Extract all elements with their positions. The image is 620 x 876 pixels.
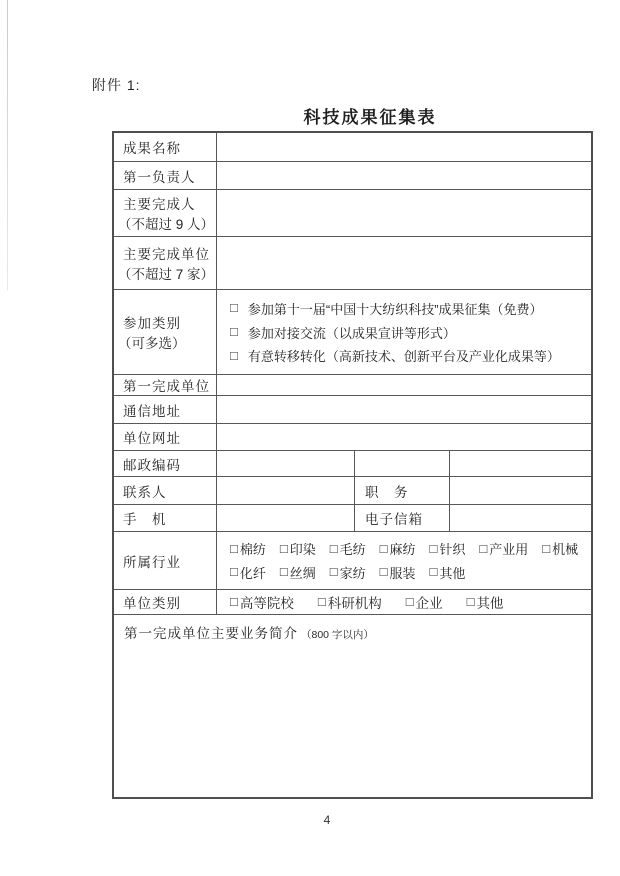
checkbox-icon: □ xyxy=(318,595,326,608)
industry-option: □麻纺 xyxy=(380,539,416,558)
address-label: 通信地址 xyxy=(114,396,217,423)
industry-label-text: 所属行业 xyxy=(123,551,216,571)
industry-option-text: 毛纺 xyxy=(340,539,366,558)
participation-option-text: 参加第十一届“中国十大纺织科技”成果征集（免费） xyxy=(248,299,543,318)
industry-option-text: 棉纺 xyxy=(240,539,266,558)
website-value-cell xyxy=(217,424,591,450)
participation-label-line2: （可多选） xyxy=(118,332,216,352)
industry-option-text: 丝绸 xyxy=(290,563,316,582)
checkbox-icon: □ xyxy=(380,542,388,555)
main-units-value-cell xyxy=(217,237,591,289)
row-business-intro: 第一完成单位主要业务简介（800 字以内） xyxy=(114,615,591,797)
industry-label: 所属行业 xyxy=(114,532,217,589)
checkbox-icon: □ xyxy=(542,542,550,555)
email-label-text: 电子信箱 xyxy=(365,508,423,528)
mobile-label-text: 手 机 xyxy=(123,508,216,528)
first-leader-label: 第一负责人 xyxy=(114,162,217,189)
website-label-text: 单位网址 xyxy=(123,427,216,447)
industry-option: □棉纺 xyxy=(230,539,266,558)
main-completers-label: 主要完成人 （不超过 9 人） xyxy=(114,190,217,236)
mobile-value-cell xyxy=(217,505,355,531)
unit-category-option-text: 高等院校 xyxy=(240,592,294,612)
row-main-units: 主要完成单位 （不超过 7 家） xyxy=(114,237,591,290)
row-postal: 邮政编码 xyxy=(114,451,591,477)
industry-option-text: 家纺 xyxy=(340,563,366,582)
checkbox-icon: □ xyxy=(330,565,338,578)
address-value-cell xyxy=(217,396,591,423)
checkbox-icon: □ xyxy=(230,349,238,362)
main-completers-label-line1: 主要完成人 xyxy=(123,193,216,213)
contact-label: 联系人 xyxy=(114,477,217,504)
participation-label: 参加类别 （可多选） xyxy=(114,290,217,374)
checkbox-icon: □ xyxy=(467,595,475,608)
business-intro-label: 第一完成单位主要业务简介 xyxy=(124,626,298,641)
page-title: 科技成果征集表 xyxy=(250,103,490,128)
business-intro-cell: 第一完成单位主要业务简介（800 字以内） xyxy=(114,615,591,797)
page-number: 4 xyxy=(297,813,357,827)
first-unit-label-text: 第一完成单位 xyxy=(123,375,216,395)
industry-option: □其他 xyxy=(430,563,466,582)
row-contact: 联系人 职 务 xyxy=(114,477,591,505)
row-unit-category: 单位类别 □高等院校 □科研机构 □企业 □其他 xyxy=(114,590,591,615)
industry-option: □毛纺 xyxy=(330,539,366,558)
industry-option: □机械 xyxy=(542,539,578,558)
unit-category-option: □其他 xyxy=(467,592,504,612)
unit-category-option: □企业 xyxy=(406,592,443,612)
main-units-label-line1: 主要完成单位 xyxy=(123,243,216,263)
unit-category-option-text: 科研机构 xyxy=(328,592,382,612)
industry-option: □产业用 xyxy=(479,539,528,558)
first-unit-value-cell xyxy=(217,375,591,395)
participation-option: □ 参加对接交流（以成果宣讲等形式） xyxy=(230,323,587,342)
form-table: 成果名称 第一负责人 主要完成人 （不超过 9 人） 主要完成单位 （不超过 7… xyxy=(112,131,593,799)
row-mobile: 手 机 电子信箱 xyxy=(114,505,591,532)
industry-options-cell: □棉纺 □印染 □毛纺 □麻纺 □针织 □产业用 □机械 □化纤 □丝绸 □家纺… xyxy=(217,532,594,589)
website-label: 单位网址 xyxy=(114,424,217,450)
checkbox-icon: □ xyxy=(230,565,238,578)
checkbox-icon: □ xyxy=(230,595,238,608)
position-value-cell xyxy=(450,477,591,504)
unit-category-label: 单位类别 xyxy=(114,590,217,614)
email-label: 电子信箱 xyxy=(355,505,450,531)
unit-category-option: □科研机构 xyxy=(318,592,382,612)
participation-label-line1: 参加类别 xyxy=(123,312,216,332)
checkbox-icon: □ xyxy=(330,542,338,555)
scan-edge-artifact xyxy=(7,0,8,290)
industry-option-text: 服装 xyxy=(389,563,415,582)
business-intro-note: （800 字以内） xyxy=(301,629,374,641)
address-label-text: 通信地址 xyxy=(123,400,216,420)
industry-option-text: 产业用 xyxy=(489,539,528,558)
position-label: 职 务 xyxy=(355,477,450,504)
checkbox-icon: □ xyxy=(430,542,438,555)
checkbox-icon: □ xyxy=(380,565,388,578)
main-completers-value-cell xyxy=(217,190,591,236)
industry-option-text: 化纤 xyxy=(240,563,266,582)
industry-option: □家纺 xyxy=(330,563,366,582)
unit-category-label-text: 单位类别 xyxy=(123,592,216,612)
row-first-unit: 第一完成单位 xyxy=(114,375,591,396)
postal-label-text: 邮政编码 xyxy=(123,454,216,474)
industry-options-line2: □化纤 □丝绸 □家纺 □服装 □其他 xyxy=(230,563,592,582)
email-value-cell xyxy=(450,505,591,531)
row-result-name: 成果名称 xyxy=(114,133,591,162)
checkbox-icon: □ xyxy=(479,542,487,555)
contact-label-text: 联系人 xyxy=(123,481,216,501)
attachment-label: 附件 1: xyxy=(92,75,141,95)
row-address: 通信地址 xyxy=(114,396,591,424)
participation-option-text: 参加对接交流（以成果宣讲等形式） xyxy=(248,323,456,342)
postal-value-cell xyxy=(217,451,355,476)
industry-option: □针织 xyxy=(430,539,466,558)
participation-option: □ 参加第十一届“中国十大纺织科技”成果征集（免费） xyxy=(230,299,587,318)
row-main-completers: 主要完成人 （不超过 9 人） xyxy=(114,190,591,237)
industry-option: □服装 xyxy=(380,563,416,582)
result-name-label: 成果名称 xyxy=(114,133,217,161)
main-units-label-line2: （不超过 7 家） xyxy=(118,263,216,283)
industry-options-line1: □棉纺 □印染 □毛纺 □麻纺 □针织 □产业用 □机械 xyxy=(230,539,592,558)
unit-category-option-text: 企业 xyxy=(416,592,443,612)
main-completers-label-line2: （不超过 9 人） xyxy=(118,213,216,233)
checkbox-icon: □ xyxy=(230,542,238,555)
industry-option-text: 针织 xyxy=(439,539,465,558)
checkbox-icon: □ xyxy=(230,301,238,314)
checkbox-icon: □ xyxy=(230,325,238,338)
postal-mid-cell xyxy=(355,451,450,476)
first-leader-label-text: 第一负责人 xyxy=(123,166,216,186)
participation-option: □ 有意转移转化（高新技术、创新平台及产业化成果等） xyxy=(230,346,587,365)
first-unit-label: 第一完成单位 xyxy=(114,375,217,395)
unit-category-option: □高等院校 xyxy=(230,592,294,612)
main-units-label: 主要完成单位 （不超过 7 家） xyxy=(114,237,217,289)
row-participation: 参加类别 （可多选） □ 参加第十一届“中国十大纺织科技”成果征集（免费） □ … xyxy=(114,290,591,375)
postal-right-cell xyxy=(450,451,591,476)
checkbox-icon: □ xyxy=(430,565,438,578)
scanned-page: 附件 1: 科技成果征集表 成果名称 第一负责人 主要完成人 （不超过 9 人）… xyxy=(0,0,620,876)
industry-option-text: 印染 xyxy=(290,539,316,558)
participation-option-text: 有意转移转化（高新技术、创新平台及产业化成果等） xyxy=(248,346,560,365)
mobile-label: 手 机 xyxy=(114,505,217,531)
industry-option-text: 麻纺 xyxy=(389,539,415,558)
row-first-leader: 第一负责人 xyxy=(114,162,591,190)
row-industry: 所属行业 □棉纺 □印染 □毛纺 □麻纺 □针织 □产业用 □机械 □化纤 □丝… xyxy=(114,532,591,590)
industry-option: □化纤 xyxy=(230,563,266,582)
result-name-value-cell xyxy=(217,133,591,161)
result-name-label-text: 成果名称 xyxy=(123,137,216,157)
first-leader-value-cell xyxy=(217,162,591,189)
industry-option: □丝绸 xyxy=(280,563,316,582)
checkbox-icon: □ xyxy=(280,542,288,555)
row-website: 单位网址 xyxy=(114,424,591,451)
industry-option: □印染 xyxy=(280,539,316,558)
industry-option-text: 其他 xyxy=(439,563,465,582)
checkbox-icon: □ xyxy=(280,565,288,578)
checkbox-icon: □ xyxy=(406,595,414,608)
postal-label: 邮政编码 xyxy=(114,451,217,476)
position-label-text: 职 务 xyxy=(365,481,409,501)
participation-options-cell: □ 参加第十一届“中国十大纺织科技”成果征集（免费） □ 参加对接交流（以成果宣… xyxy=(217,290,591,374)
unit-category-options-cell: □高等院校 □科研机构 □企业 □其他 xyxy=(217,590,591,614)
unit-category-option-text: 其他 xyxy=(476,592,503,612)
contact-value-cell xyxy=(217,477,355,504)
industry-option-text: 机械 xyxy=(552,539,578,558)
